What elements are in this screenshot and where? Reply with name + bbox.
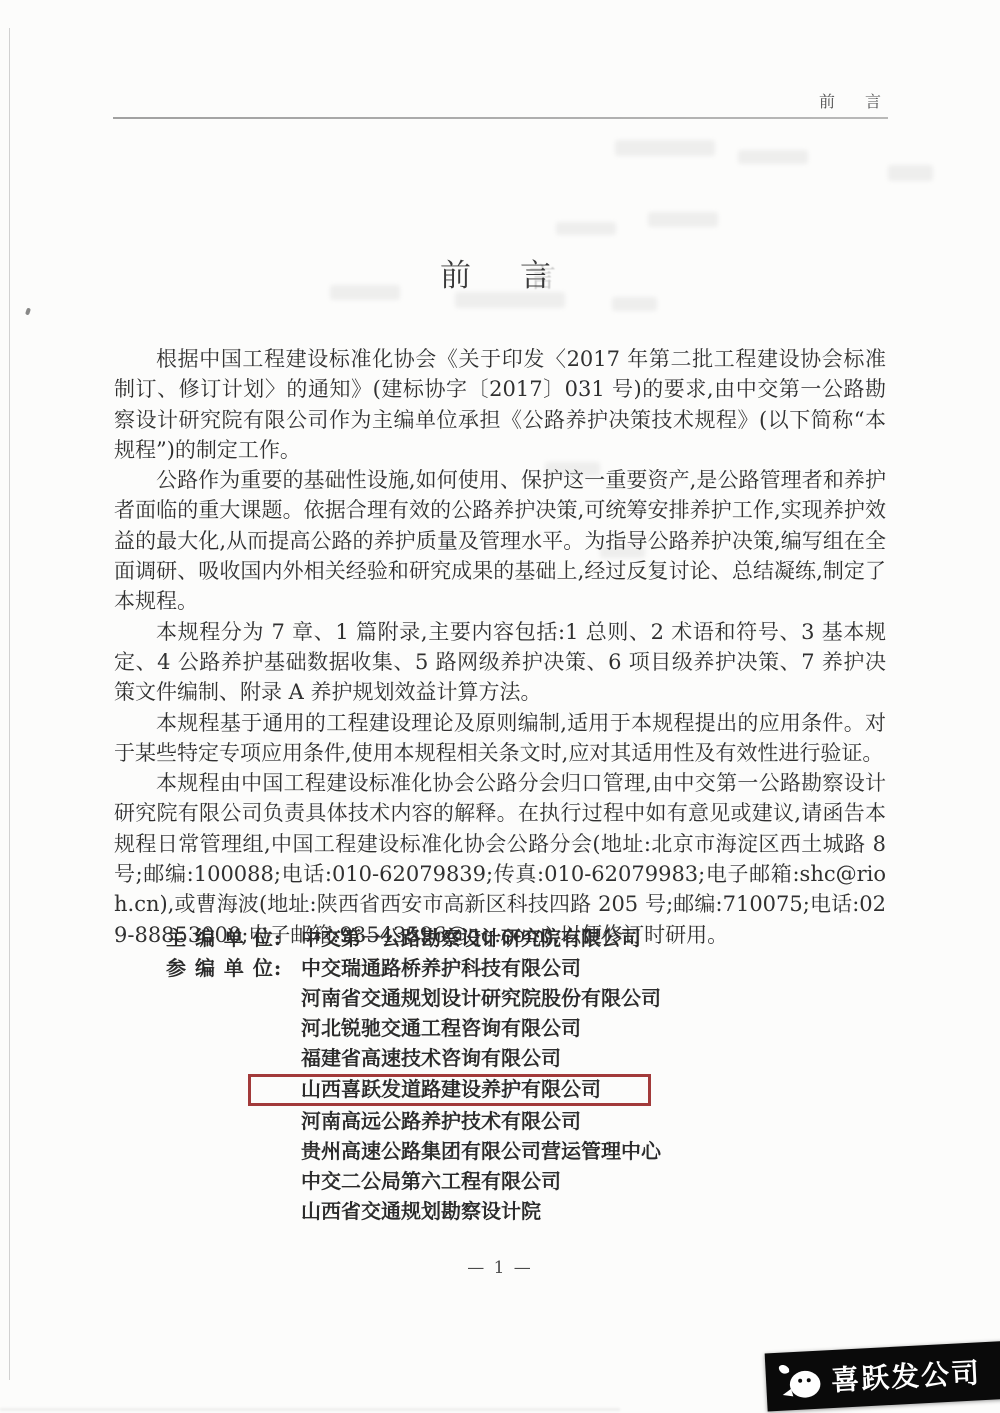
chief-editor-unit: 中交第一公路勘察设计研究院有限公司 xyxy=(301,923,641,953)
bleed-through-artifact xyxy=(888,165,933,181)
participating-unit-row: 山西省交通规划勘察设计院 xyxy=(166,1196,886,1226)
chief-editor-label: 主 编 单 位: xyxy=(166,923,301,953)
participating-unit-row: 河北锐驰交通工程咨询有限公司 xyxy=(166,1013,886,1043)
preface-paragraph: 本规程基于通用的工程建设理论及原则编制,适用于本规程提出的应用条件。对于某些特定… xyxy=(114,708,886,769)
unit-name: 贵州高速公路集团有限公司营运管理中心 xyxy=(301,1136,661,1166)
unit-name: 中交二公局第六工程有限公司 xyxy=(301,1166,561,1196)
scan-smudge xyxy=(0,1408,620,1411)
preface-paragraph: 本规程分为 7 章、1 篇附录,主要内容包括:1 总则、2 术语和符号、3 基本… xyxy=(114,617,886,708)
bleed-through-artifact xyxy=(648,212,718,227)
participating-units-row: 参 编 单 位:中交瑞通路桥养护科技有限公司 xyxy=(166,953,886,983)
unit-name: 山西省交通规划勘察设计院 xyxy=(301,1196,541,1226)
bird-logo-icon xyxy=(777,1358,825,1402)
unit-name: 中交瑞通路桥养护科技有限公司 xyxy=(301,953,581,983)
editor-units-section: 主 编 单 位:中交第一公路勘察设计研究院有限公司 参 编 单 位:中交瑞通路桥… xyxy=(166,923,886,1226)
preface-body: 根据中国工程建设标准化协会《关于印发〈2017 年第二批工程建设协会标准制订、修… xyxy=(114,344,886,950)
bleed-through-artifact xyxy=(556,222,616,235)
page-title: 前 言 xyxy=(0,250,1000,295)
watermark-banner: 喜跃发公司 xyxy=(765,1341,1000,1412)
scan-edge-line xyxy=(9,28,10,1380)
participating-first-slot: 中交瑞通路桥养护科技有限公司 xyxy=(301,956,581,980)
unit-name: 河南省交通规划设计研究院股份有限公司 xyxy=(301,983,661,1013)
participating-unit-row: 河南省交通规划设计研究院股份有限公司 xyxy=(166,983,886,1013)
participating-units-list: 河南省交通规划设计研究院股份有限公司河北锐驰交通工程咨询有限公司福建省高速技术咨… xyxy=(166,983,886,1226)
running-head: 前 言 xyxy=(113,89,888,112)
participating-unit-row: 河南高远公路养护技术有限公司 xyxy=(166,1106,886,1136)
highlighted-unit-name: 山西喜跃发道路建设养护有限公司 xyxy=(248,1074,651,1106)
scan-speck xyxy=(25,308,31,316)
bleed-through-artifact xyxy=(612,297,657,311)
header-rule xyxy=(113,117,888,119)
scanned-document-page: 言 前 言 前 言 根据中国工程建设标准化协会《关于印发〈2017 年第二批工程… xyxy=(0,0,1000,1413)
bleed-through-artifact xyxy=(615,140,715,156)
unit-name: 河北锐驰交通工程咨询有限公司 xyxy=(301,1013,581,1043)
page-number: — 1 — xyxy=(0,1258,1000,1278)
unit-name: 福建省高速技术咨询有限公司 xyxy=(301,1043,561,1073)
participating-unit-row: 贵州高速公路集团有限公司营运管理中心 xyxy=(166,1136,886,1166)
participating-unit-row: 山西喜跃发道路建设养护有限公司 xyxy=(166,1073,886,1106)
watermark-company-name: 喜跃发公司 xyxy=(830,1351,982,1399)
preface-paragraph: 根据中国工程建设标准化协会《关于印发〈2017 年第二批工程建设协会标准制订、修… xyxy=(114,344,886,465)
chief-editor-row: 主 编 单 位:中交第一公路勘察设计研究院有限公司 xyxy=(166,923,886,953)
bleed-through-artifact xyxy=(738,150,808,164)
preface-paragraph: 公路作为重要的基础性设施,如何使用、保护这一重要资产,是公路管理者和养护者面临的… xyxy=(114,465,886,616)
unit-name: 河南高远公路养护技术有限公司 xyxy=(301,1106,581,1136)
participating-units-label: 参 编 单 位: xyxy=(166,953,301,983)
participating-unit-row: 中交二公局第六工程有限公司 xyxy=(166,1166,886,1196)
participating-unit-row: 福建省高速技术咨询有限公司 xyxy=(166,1043,886,1073)
